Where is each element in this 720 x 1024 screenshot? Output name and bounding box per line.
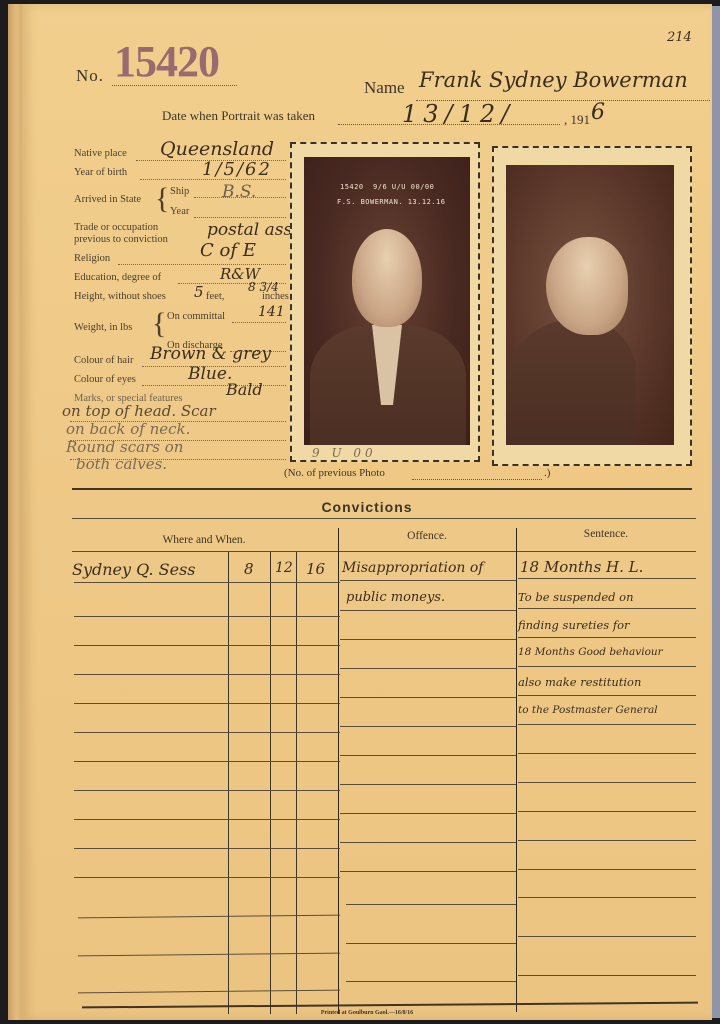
previous-photo-handwritten: 9 U 00 (312, 446, 377, 460)
prisoner-name: Frank Sydney Bowerman (419, 68, 688, 92)
religion-label: Religion (74, 253, 110, 264)
marks-continuation: on back of neck. (66, 420, 190, 438)
year-prefix: , 191 (564, 112, 590, 128)
row-rule (518, 753, 696, 754)
ship-label: Ship (170, 186, 189, 197)
sentence-line: to the Postmaster General (518, 704, 658, 716)
hair-colour-label: Colour of hair (74, 355, 134, 366)
row-rule (74, 790, 340, 791)
date-portrait-value: 13/12/ (402, 100, 515, 128)
education-label: Education, degree of (74, 272, 161, 283)
marks-value: Bald (226, 380, 263, 399)
subject-face (352, 229, 422, 327)
previous-photo-dots (412, 479, 542, 480)
row-rule (78, 953, 340, 957)
profile-mugshot-photo (506, 165, 674, 445)
month-value: 12 (275, 560, 293, 576)
row-rule (340, 580, 516, 581)
row-rule (74, 819, 340, 820)
row-rule (518, 840, 696, 841)
row-rule (518, 897, 696, 898)
row-rule (346, 981, 516, 982)
col-head-offence: Offence. (338, 530, 516, 542)
record-number-stamp: 15420 (114, 36, 219, 87)
row-rule (340, 842, 516, 843)
offence-line: Misappropriation of (342, 560, 483, 576)
row-rule (518, 666, 696, 667)
height-feet-value: 5 (194, 283, 204, 301)
photo-caption-number: 15420 9/6 U/U 00/00 (340, 183, 434, 191)
year-of-birth-label: Year of birth (74, 167, 127, 178)
front-photo-frame: 15420 9/6 U/U 00/00 F.S. BOWERMAN. 13.12… (290, 142, 480, 462)
col-head-where-when: Where and When. (72, 534, 336, 546)
year-arrived-dots (194, 217, 286, 218)
row-rule (340, 726, 516, 727)
weight-label: Weight, in lbs (74, 322, 132, 333)
sentence-line: To be suspended on (518, 590, 633, 604)
row-rule (518, 724, 696, 725)
row-rule (518, 578, 696, 579)
row-rule (340, 871, 516, 872)
trade-label-line1: Trade or occupation (74, 222, 158, 233)
column-divider (228, 552, 229, 1014)
convictions-title: Convictions (22, 499, 712, 515)
gaol-record-page: 214 No. 15420 Name Frank Sydney Bowerman… (22, 4, 712, 1020)
row-rule (74, 732, 340, 733)
marks-continuation: both calves. (76, 455, 167, 473)
record-number-dots (112, 85, 237, 86)
row-rule (346, 943, 516, 944)
row-rule (74, 848, 340, 849)
row-rule (340, 668, 516, 669)
row-rule (74, 877, 340, 878)
scan-border-left (0, 0, 8, 1024)
marks-continuation: Round scars on (66, 438, 183, 456)
row-rule (340, 639, 516, 640)
year-value: 16 (306, 560, 325, 578)
row-rule (340, 610, 516, 611)
row-rule (518, 975, 696, 976)
col-head-sentence: Sentence. (516, 528, 696, 540)
row-rule (340, 697, 516, 698)
marks-continuation: on top of head. Scar (62, 402, 216, 420)
row-rule (78, 990, 340, 994)
front-mugshot-photo: 15420 9/6 U/U 00/00 F.S. BOWERMAN. 13.12… (304, 157, 470, 445)
on-committal-label: On committal (167, 311, 225, 322)
day-value: 8 (244, 560, 254, 578)
row-rule (518, 695, 696, 696)
trade-label-line2: previous to conviction (74, 234, 168, 245)
inches-label: inches (262, 291, 289, 302)
row-rule (74, 703, 340, 704)
feet-label: feet, (206, 291, 224, 302)
row-rule (518, 782, 696, 783)
religion-value: C of E (200, 240, 256, 261)
row-rule (518, 936, 696, 937)
section-rule (72, 488, 692, 490)
row-rule (518, 811, 696, 812)
row-rule (78, 915, 340, 919)
brace: { (155, 184, 169, 214)
brace: { (152, 309, 166, 339)
row-rule (518, 637, 696, 638)
eye-dots (142, 385, 286, 386)
header-rule (72, 551, 696, 552)
folio-number: 214 (667, 30, 692, 45)
name-label: Name (364, 78, 405, 98)
row-rule (340, 813, 516, 814)
column-divider (270, 552, 271, 1014)
height-label: Height, without shoes (74, 291, 166, 302)
record-number-label: No. (76, 66, 104, 86)
year-arrived-label: Year (170, 206, 189, 217)
native-place-label: Native place (74, 148, 127, 159)
subject-head-profile (546, 237, 628, 335)
sentence-line: finding sureties for (518, 618, 630, 632)
on-committal-value: 141 (258, 304, 285, 320)
row-rule (74, 674, 340, 675)
row-rule (518, 608, 696, 609)
sentence-line: 18 Months H. L. (520, 558, 643, 576)
offence-line: public moneys. (346, 590, 445, 605)
subject-coat-profile (506, 320, 636, 445)
where-value: Sydney Q. Sess (72, 560, 195, 579)
eye-colour-label: Colour of eyes (74, 374, 136, 385)
row-rule (74, 582, 340, 583)
row-rule (74, 645, 340, 646)
photo-caption-name: F.S. BOWERMAN. 13.12.16 (337, 198, 445, 206)
column-divider (338, 528, 339, 1014)
table-bottom-rule (82, 1002, 698, 1009)
trade-value: postal asst (207, 220, 299, 240)
previous-photo-close: .) (544, 467, 550, 479)
previous-photo-label: (No. of previous Photo (284, 467, 385, 479)
native-place-value: Queensland (160, 138, 274, 160)
arrived-in-state-label: Arrived in State (74, 194, 141, 205)
religion-dots (118, 264, 286, 265)
printer-imprint: Printed at Goulburn Gaol.—16/8/16 (22, 1010, 712, 1016)
sentence-line: 18 Months Good behaviour (518, 646, 663, 658)
hair-colour-value: Brown & grey (150, 344, 271, 364)
column-divider (516, 528, 517, 1012)
year-suffix: 6 (591, 100, 605, 125)
convictions-rule (72, 518, 696, 519)
row-rule (74, 761, 340, 762)
column-divider (296, 552, 297, 1014)
book-binding-edge (8, 4, 22, 1020)
row-rule (346, 904, 516, 905)
ship-value: B.S. (222, 182, 256, 202)
sentence-line: also make restitution (518, 675, 641, 689)
profile-photo-frame (492, 146, 692, 466)
row-rule (340, 784, 516, 785)
date-portrait-label: Date when Portrait was taken (162, 108, 315, 124)
committal-dots (232, 322, 286, 323)
year-of-birth-value: 1/5/62 (202, 159, 272, 180)
row-rule (340, 755, 516, 756)
row-rule (74, 616, 340, 617)
row-rule (518, 869, 696, 870)
